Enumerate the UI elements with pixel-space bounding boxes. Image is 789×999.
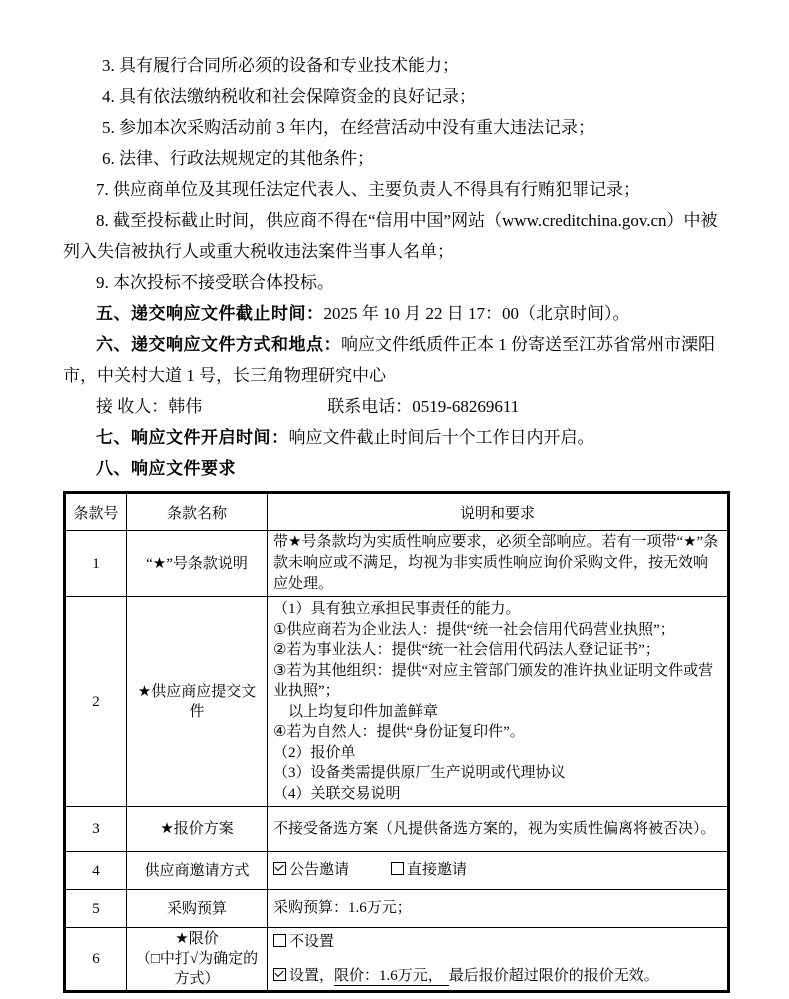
contact-line: 接 收人：韩伟联系电话：0519-68269611	[63, 391, 727, 422]
col-header-description: 说明和要求	[268, 493, 729, 531]
clause-name: ★供应商应提交文件	[127, 597, 268, 807]
clause-name-line-1: ★限价	[132, 929, 262, 949]
col-header-clause-name: 条款名称	[127, 493, 268, 531]
submission-doc-line-5: 以上均复印件加盖鲜章	[273, 702, 722, 723]
qualification-item-4: 4. 具有依法缴纳税收和社会保障资金的良好记录；	[63, 81, 727, 112]
section-6-heading: 六、递交响应文件方式和地点：	[96, 335, 341, 354]
limit-value-underlined: 限价：1.6万元，	[334, 968, 449, 986]
table-row-3-quote-plan: 3 ★报价方案 不接受备选方案（凡提供备选方案的，视为实质性偏离将被否决）。	[65, 807, 729, 852]
response-requirements-table: 条款号 条款名称 说明和要求 1 “★”号条款说明 带★号条款均为实质性响应要求…	[63, 491, 730, 993]
clause-description: 公告邀请直接邀请	[268, 852, 729, 890]
checkbox-checked-icon	[273, 968, 286, 981]
receiver-name: 韩伟	[168, 397, 202, 416]
phone-number: 0519-68269611	[412, 397, 519, 416]
submission-doc-line-1: （1）具有独立承担民事责任的能力。	[273, 599, 722, 620]
clause-name-line-2: （□中打√为确定的方式）	[132, 949, 262, 989]
section-7-heading: 七、响应文件开启时间：	[96, 428, 289, 447]
col-header-clause-no: 条款号	[65, 493, 127, 531]
qualification-item-3: 3. 具有履行合同所必须的设备和专业技术能力；	[63, 50, 727, 81]
table-header-row: 条款号 条款名称 说明和要求	[65, 493, 729, 531]
clause-name: 采购预算	[127, 890, 268, 928]
clause-no: 1	[65, 531, 127, 597]
option-public-invitation: 公告邀请	[289, 862, 349, 878]
section-5-submission-deadline: 五、递交响应文件截止时间：2025 年 10 月 22 日 17：00（北京时间…	[63, 298, 727, 329]
checkbox-unchecked-icon	[273, 934, 286, 947]
clause-no: 4	[65, 852, 127, 890]
qualification-item-5: 5. 参加本次采购活动前 3 年内，在经营活动中没有重大违法记录；	[63, 112, 727, 143]
clause-no: 6	[65, 928, 127, 992]
clause-description: 带★号条款均为实质性响应要求，必须全部响应。若有一项带“★”条款未响应或不满足，…	[268, 531, 729, 597]
submission-doc-line-9: （4）关联交易说明	[273, 784, 722, 805]
table-row-5-budget: 5 采购预算 采购预算：1.6万元；	[65, 890, 729, 928]
option-limit-set: 设置，限价：1.6万元，最后报价超过限价的报价无效。	[273, 966, 722, 987]
checkbox-unchecked-icon	[391, 862, 404, 875]
section-5-text: 2025 年 10 月 22 日 17：00（北京时间）。	[324, 304, 630, 323]
option-no-limit-label: 不设置	[289, 934, 334, 950]
submission-doc-line-2: ①供应商若为企业法人：提供“统一社会信用代码营业执照”；	[273, 620, 722, 641]
qualification-item-9: 9. 本次投标不接受联合体投标。	[63, 267, 727, 298]
option-direct-invitation: 直接邀请	[407, 862, 467, 878]
clause-no: 3	[65, 807, 127, 852]
clause-name: ★限价 （□中打√为确定的方式）	[127, 928, 268, 992]
table-row-1-star-clause-note: 1 “★”号条款说明 带★号条款均为实质性响应要求，必须全部响应。若有一项带“★…	[65, 531, 729, 597]
option-limit-prefix: 设置，	[289, 968, 334, 984]
clause-no: 5	[65, 890, 127, 928]
checkbox-checked-icon	[273, 862, 286, 875]
option-limit-rest: 最后报价超过限价的报价无效。	[449, 968, 659, 984]
document-page: 3. 具有履行合同所必须的设备和专业技术能力； 4. 具有依法缴纳税收和社会保障…	[0, 0, 789, 999]
clause-name: “★”号条款说明	[127, 531, 268, 597]
table-row-4-invitation-method: 4 供应商邀请方式 公告邀请直接邀请	[65, 852, 729, 890]
submission-doc-line-7: （2）报价单	[273, 743, 722, 764]
clause-name: ★报价方案	[127, 807, 268, 852]
section-8-requirements: 八、响应文件要求	[63, 453, 727, 484]
section-7-text: 响应文件截止时间后十个工作日内开启。	[289, 428, 595, 447]
qualification-item-8: 8. 截至投标截止时间，供应商不得在“信用中国”网站（www.creditchi…	[63, 205, 727, 267]
submission-doc-line-6: ④若为自然人：提供“身份证复印件”。	[273, 722, 722, 743]
phone-label: 联系电话：	[327, 397, 412, 416]
submission-doc-line-3: ②若为事业法人：提供“统一社会信用代码法人登记证书”；	[273, 640, 722, 661]
clause-description: 采购预算：1.6万元；	[268, 890, 729, 928]
clause-description: 不设置 设置，限价：1.6万元，最后报价超过限价的报价无效。	[268, 928, 729, 992]
receiver-label: 接 收人：	[96, 397, 168, 416]
qualification-item-7: 7. 供应商单位及其现任法定代表人、主要负责人不得具有行贿犯罪记录；	[63, 174, 727, 205]
option-no-limit: 不设置	[273, 932, 722, 953]
clause-description: （1）具有独立承担民事责任的能力。 ①供应商若为企业法人：提供“统一社会信用代码…	[268, 597, 729, 807]
section-7-opening-time: 七、响应文件开启时间：响应文件截止时间后十个工作日内开启。	[63, 422, 727, 453]
qualification-item-6: 6. 法律、行政法规规定的其他条件；	[63, 143, 727, 174]
section-8-heading: 八、响应文件要求	[96, 459, 236, 478]
clause-name: 供应商邀请方式	[127, 852, 268, 890]
submission-doc-line-8: （3）设备类需提供原厂生产说明或代理协议	[273, 763, 722, 784]
table-row-6-price-limit: 6 ★限价 （□中打√为确定的方式） 不设置 设置，限价：1.6万元，最后报价超…	[65, 928, 729, 992]
clause-no: 2	[65, 597, 127, 807]
clause-description: 不接受备选方案（凡提供备选方案的，视为实质性偏离将被否决）。	[268, 807, 729, 852]
section-5-heading: 五、递交响应文件截止时间：	[96, 304, 324, 323]
section-6-submission-method: 六、递交响应文件方式和地点：响应文件纸质件正本 1 份寄送至江苏省常州市溧阳市，…	[63, 329, 727, 391]
table-row-2-documents-to-submit: 2 ★供应商应提交文件 （1）具有独立承担民事责任的能力。 ①供应商若为企业法人…	[65, 597, 729, 807]
submission-doc-line-4: ③若为其他组织：提供“对应主管部门颁发的准许执业证明文件或营业执照”；	[273, 661, 722, 702]
